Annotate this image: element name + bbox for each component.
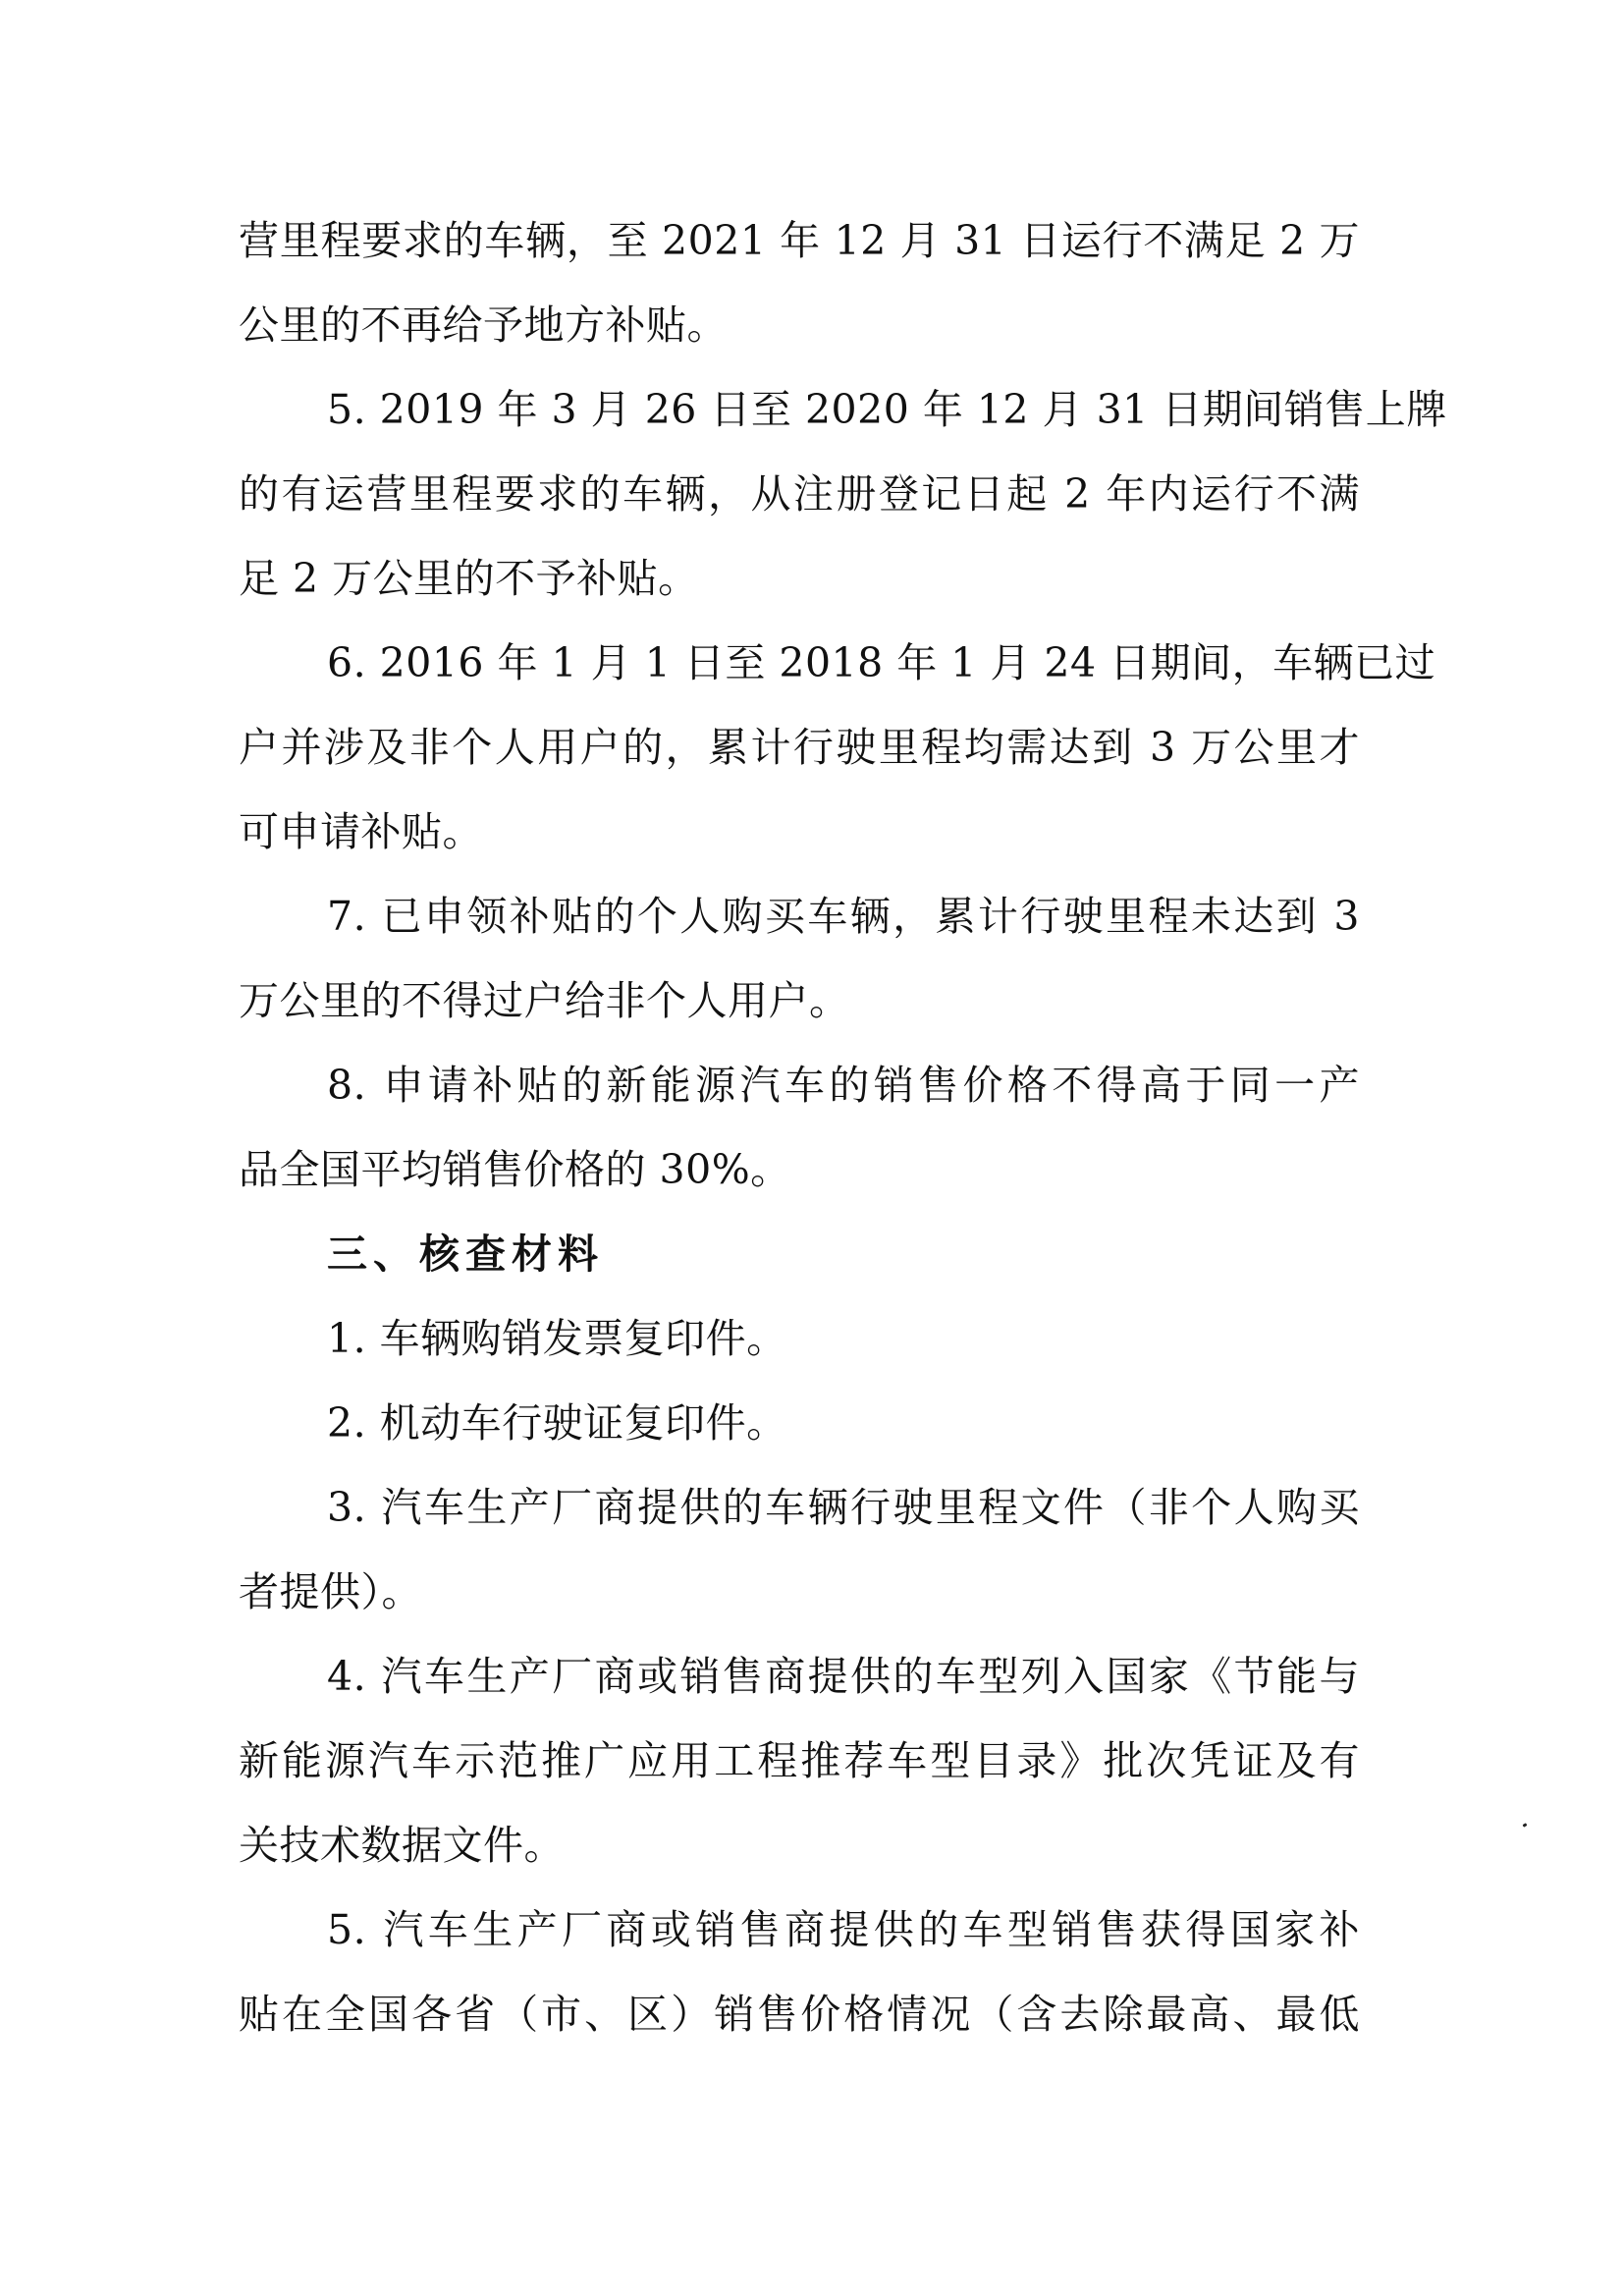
list-item-7-line: 7. 已申领补贴的个人购买车辆，累计行驶里程未达到 3 [239, 889, 1360, 973]
paragraph-line: 万公里的不得过户给非个人用户。 [239, 973, 1360, 1058]
paragraph-line: 足 2 万公里的不予补贴。 [239, 551, 1360, 635]
list-item-6-line: 6. 2016 年 1 月 1 日至 2018 年 1 月 24 日期间，车辆已… [239, 635, 1360, 720]
paragraph-line: 品全国平均销售价格的 30%。 [239, 1142, 1360, 1227]
paragraph-line: 贴在全国各省（市、区）销售价格情况（含去除最高、最低 [239, 1987, 1360, 2071]
section-heading: 三、核查材料 [239, 1227, 1360, 1311]
material-item-2: 2. 机动车行驶证复印件。 [239, 1395, 1360, 1480]
paragraph-line: 的有运营里程要求的车辆，从注册登记日起 2 年内运行不满 [239, 466, 1360, 551]
scan-speck [1523, 1823, 1528, 1828]
paragraph-line: 新能源汽车示范推广应用工程推荐车型目录》批次凭证及有 [239, 1733, 1360, 1818]
material-item-1: 1. 车辆购销发票复印件。 [239, 1311, 1360, 1395]
document-body: 营里程要求的车辆，至 2021 年 12 月 31 日运行不满足 2 万 公里的… [239, 213, 1360, 2071]
document-page: 营里程要求的车辆，至 2021 年 12 月 31 日运行不满足 2 万 公里的… [0, 0, 1623, 2296]
paragraph-line: 营里程要求的车辆，至 2021 年 12 月 31 日运行不满足 2 万 [239, 213, 1360, 298]
material-item-5-line: 5. 汽车生产厂商或销售商提供的车型销售获得国家补 [239, 1902, 1360, 1987]
paragraph-line: 可申请补贴。 [239, 804, 1360, 889]
paragraph-line: 者提供）。 [239, 1564, 1360, 1649]
material-item-4-line: 4. 汽车生产厂商或销售商提供的车型列入国家《节能与 [239, 1649, 1360, 1733]
list-item-5-line: 5. 2019 年 3 月 26 日至 2020 年 12 月 31 日期间销售… [239, 382, 1360, 466]
paragraph-line: 关技术数据文件。 [239, 1818, 1360, 1902]
list-item-8-line: 8. 申请补贴的新能源汽车的销售价格不得高于同一产 [239, 1058, 1360, 1142]
material-item-3-line: 3. 汽车生产厂商提供的车辆行驶里程文件（非个人购买 [239, 1480, 1360, 1564]
paragraph-line: 户并涉及非个人用户的，累计行驶里程均需达到 3 万公里才 [239, 720, 1360, 804]
paragraph-line: 公里的不再给予地方补贴。 [239, 298, 1360, 382]
